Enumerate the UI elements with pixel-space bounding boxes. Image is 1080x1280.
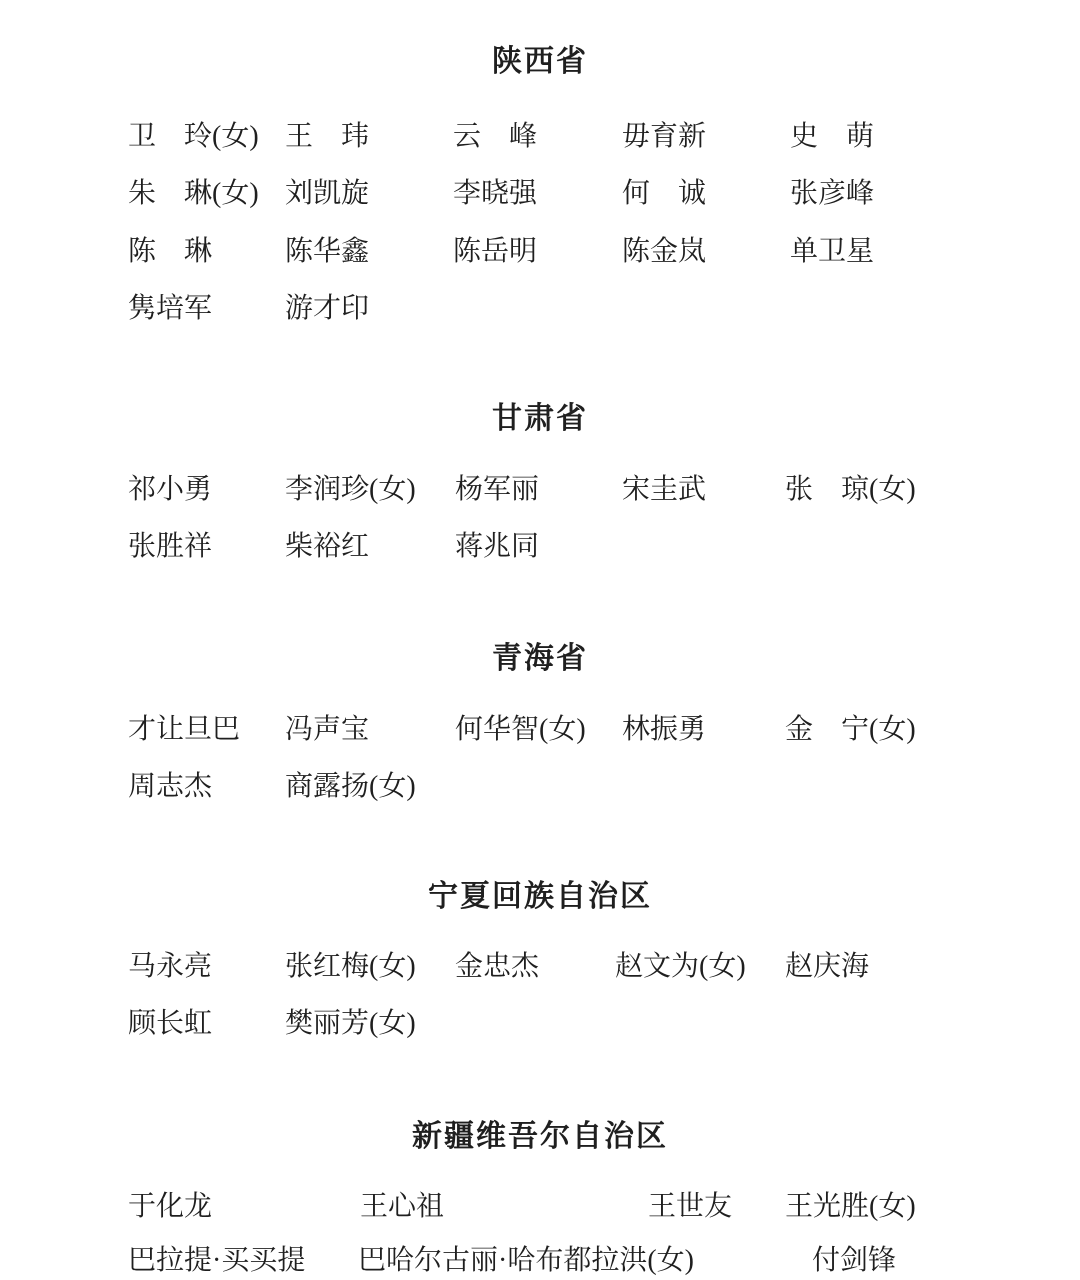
name-entry: 宋圭武 <box>622 473 706 507</box>
name-entry: 巴哈尔古丽·哈布都拉洪(女) <box>358 1244 694 1278</box>
name-entry: 单卫星 <box>790 235 874 269</box>
name-entry: 张胜祥 <box>128 530 212 564</box>
name-entry: 张彦峰 <box>790 177 874 211</box>
name-entry: 赵文为(女) <box>615 950 746 984</box>
name-entry: 才让旦巴 <box>128 713 240 747</box>
name-entry: 刘凯旋 <box>285 177 369 211</box>
name-entry: 隽培军 <box>128 292 212 326</box>
name-entry: 李晓强 <box>453 177 537 211</box>
document-page: 陕西省卫 玲(女)王 玮云 峰毋育新史 萌朱 琳(女)刘凯旋李晓强何 诚张彦峰陈… <box>0 0 1080 1280</box>
name-entry: 林振勇 <box>622 713 706 747</box>
name-entry: 王 玮 <box>285 120 369 154</box>
name-entry: 陈 琳 <box>128 235 212 269</box>
section-title: 宁夏回族自治区 <box>0 879 1080 915</box>
name-entry: 史 萌 <box>790 120 874 154</box>
name-entry: 柴裕红 <box>285 530 369 564</box>
name-entry: 陈华鑫 <box>285 235 369 269</box>
name-entry: 金 宁(女) <box>785 713 916 747</box>
name-entry: 朱 琳(女) <box>128 177 259 211</box>
name-entry: 冯声宝 <box>285 713 369 747</box>
name-entry: 樊丽芳(女) <box>285 1007 416 1041</box>
name-entry: 商露扬(女) <box>285 770 416 804</box>
name-entry: 何华智(女) <box>455 713 586 747</box>
name-entry: 马永亮 <box>128 950 212 984</box>
name-entry: 王心祖 <box>360 1190 444 1224</box>
section-title: 新疆维吾尔自治区 <box>0 1119 1080 1155</box>
name-entry: 毋育新 <box>622 120 706 154</box>
name-entry: 张红梅(女) <box>285 950 416 984</box>
name-entry: 张 琼(女) <box>785 473 916 507</box>
name-entry: 李润珍(女) <box>285 473 416 507</box>
section-title: 甘肃省 <box>0 401 1080 437</box>
name-entry: 蒋兆同 <box>455 530 539 564</box>
name-entry: 祁小勇 <box>128 473 212 507</box>
section-title: 陕西省 <box>0 44 1080 80</box>
name-entry: 王光胜(女) <box>785 1190 916 1224</box>
name-entry: 陈金岚 <box>622 235 706 269</box>
name-entry: 陈岳明 <box>453 235 537 269</box>
name-entry: 卫 玲(女) <box>128 120 259 154</box>
section-title: 青海省 <box>0 641 1080 677</box>
name-entry: 于化龙 <box>128 1190 212 1224</box>
name-entry: 王世友 <box>648 1190 732 1224</box>
name-entry: 付剑锋 <box>812 1244 896 1278</box>
name-entry: 巴拉提·买买提 <box>128 1244 305 1278</box>
name-entry: 赵庆海 <box>785 950 869 984</box>
name-entry: 云 峰 <box>453 120 537 154</box>
name-entry: 何 诚 <box>622 177 706 211</box>
name-entry: 金忠杰 <box>455 950 539 984</box>
name-entry: 周志杰 <box>128 770 212 804</box>
name-entry: 顾长虹 <box>128 1007 212 1041</box>
name-entry: 游才印 <box>285 292 369 326</box>
name-entry: 杨军丽 <box>455 473 539 507</box>
